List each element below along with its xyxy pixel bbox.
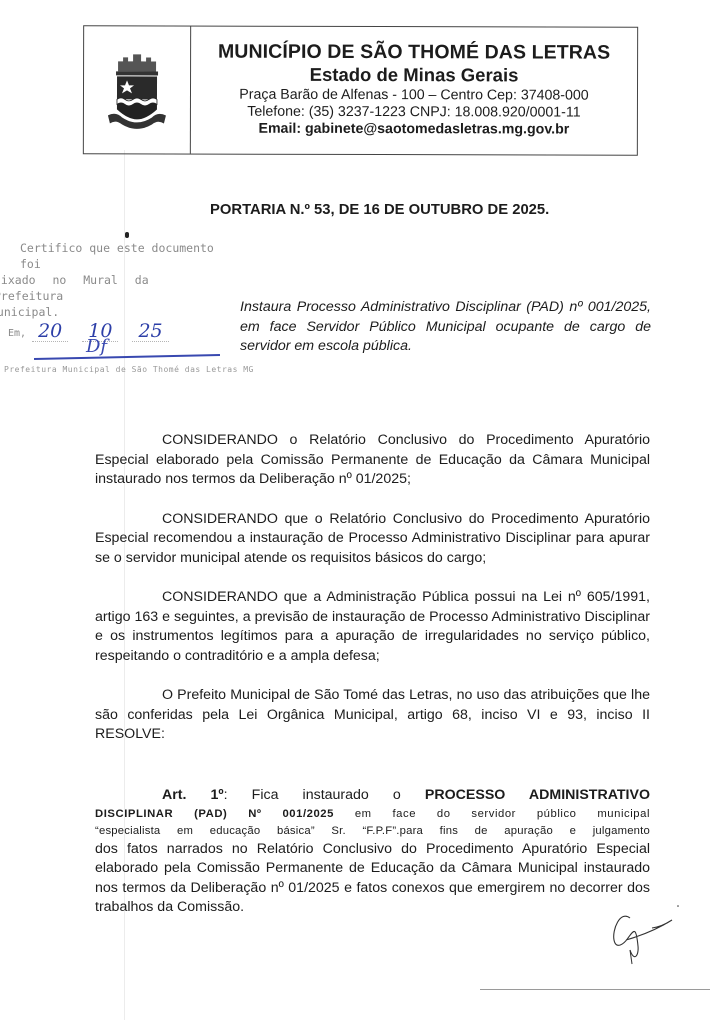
stamp-signature-mark: Df	[86, 339, 107, 355]
municipality-info: MUNICÍPIO DE SÃO THOMÉ DAS LETRAS Estado…	[191, 27, 637, 155]
considerando-2: CONSIDERANDO que o Relatório Conclusivo …	[95, 510, 650, 569]
document-title: PORTARIA N.º 53, DE 16 DE OUTUBRO DE 202…	[210, 202, 549, 218]
letterhead: MUNICÍPIO DE SÃO THOMÉ DAS LETRAS Estado…	[83, 25, 638, 155]
article-1-bold-1: PROCESSO ADMINISTRATIVO	[425, 787, 650, 803]
phone-cnpj: Telefone: (35) 3237-1223 CNPJ: 18.008.92…	[191, 104, 637, 121]
stamp-line-3: Municipal.	[0, 304, 230, 320]
ementa: Instaura Processo Administrativo Discipl…	[240, 298, 651, 357]
considerando-1: CONSIDERANDO o Relatório Conclusivo do P…	[95, 431, 650, 490]
municipal-coat-of-arms-icon	[106, 49, 168, 131]
document-body: CONSIDERANDO o Relatório Conclusivo do P…	[95, 431, 650, 745]
stamp-year: 25	[132, 321, 168, 342]
handwritten-signature-icon	[600, 900, 690, 970]
stamp-date-label: Em,	[8, 326, 26, 342]
article-1-small-2: “especialista em educação básica” Sr. “F…	[95, 823, 650, 840]
stamp-line-2: fixado no Mural da Prefeitura	[0, 272, 230, 304]
address: Praça Barão de Alfenas - 100 – Centro Ce…	[191, 86, 637, 103]
email: Email: gabinete@saotomedasletras.mg.gov.…	[191, 121, 637, 138]
stamp-line-1: Certifico que este documento foi	[0, 240, 230, 272]
publication-stamp: Certifico que este documento foi fixado …	[0, 240, 230, 378]
municipality-name: MUNICÍPIO DE SÃO THOMÉ DAS LETRAS	[191, 41, 637, 65]
crest-cell	[84, 26, 191, 153]
article-1-label: Art. 1º	[162, 787, 224, 803]
stamp-signature: Df	[34, 342, 220, 362]
stamp-day: 20	[32, 321, 68, 342]
article-1: Art. 1º: Fica instaurado o PROCESSO ADMI…	[95, 786, 650, 918]
article-1-line-2: DISCIPLINAR (PAD) Nº 001/2025 em face do…	[95, 806, 650, 823]
ink-dot	[125, 232, 129, 238]
stamp-signature-line	[34, 354, 220, 359]
signature-line	[480, 989, 710, 990]
state-name: Estado de Minas Gerais	[191, 64, 637, 86]
stamp-footer: Prefeitura Municipal de São Thomé das Le…	[0, 362, 230, 378]
resolve-paragraph: O Prefeito Municipal de São Tomé das Let…	[95, 686, 650, 745]
article-1-small-1: em face do servidor público municipal	[334, 808, 650, 820]
article-1-lead: Art. 1º: Fica instaurado o PROCESSO ADMI…	[95, 786, 650, 806]
article-1-rest: dos fatos narrados no Relatório Conclusi…	[95, 840, 650, 918]
stamp-date: Em, 20 10 25	[0, 320, 230, 342]
article-1-bold-2: DISCIPLINAR (PAD) Nº 001/2025	[95, 808, 334, 820]
considerando-3: CONSIDERANDO que a Administração Pública…	[95, 588, 650, 666]
article-1-intro: Fica instaurado o	[228, 787, 425, 803]
